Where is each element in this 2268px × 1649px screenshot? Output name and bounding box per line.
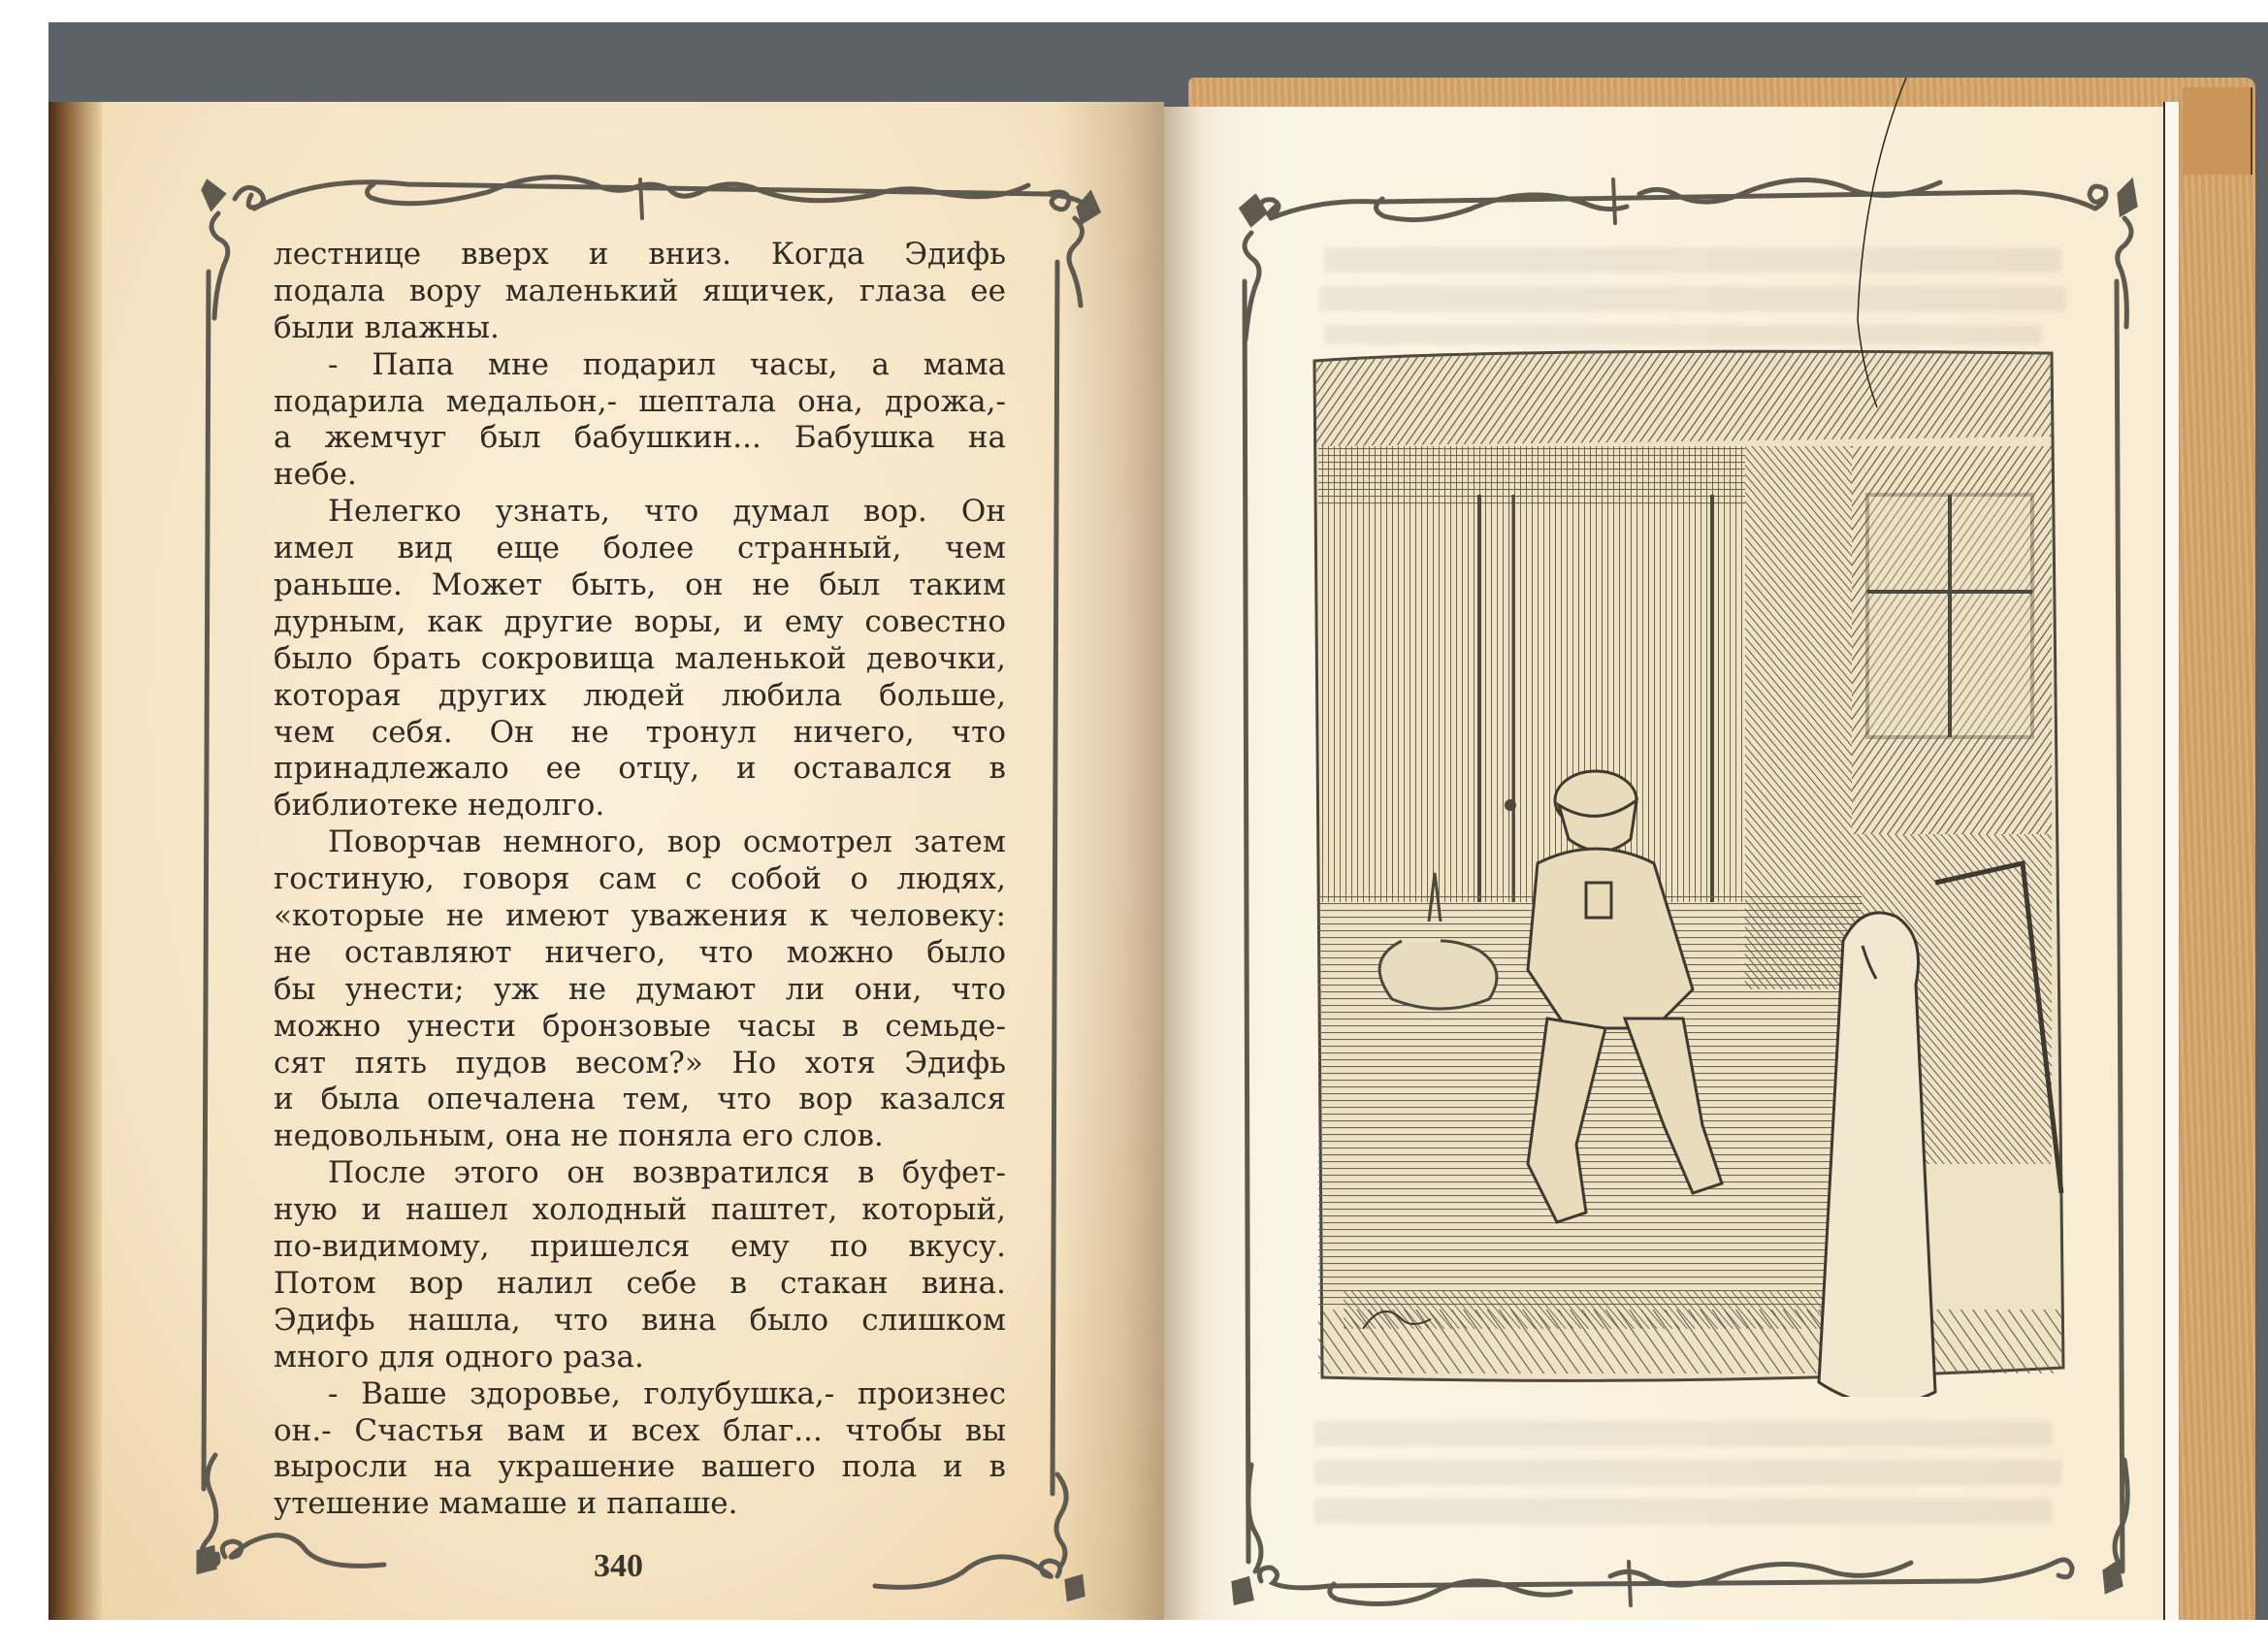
bleed-through-text [1314,1460,2061,1485]
text-line: Потом вор налил себе в стакан вина. [274,1266,1006,1303]
text-line: «которые не имеют уважения к человеку: [274,898,1006,935]
text-line: имел вид еще более странный, чем [274,531,1006,567]
bleed-through-text [1314,1499,2052,1524]
left-page-text: лестнице вверх и вниз. Когда Эдифь подал… [274,237,1006,1523]
page-number: 340 [594,1548,643,1585]
text-line: После этого он возвратился в буфет- [274,1155,1006,1192]
text-line: Эдифь нашла, что вина было слишком [274,1303,1006,1340]
text-line: не оставляют ничего, что можно было [274,935,1006,972]
text-line: подарила медальон,- шептала она, дрожа,- [274,384,1006,421]
bleed-through-text [1319,286,2066,311]
text-line: были влажны. [274,310,1006,347]
text-line: гостиную, говоря сам с собой о людях, [274,861,1006,898]
text-line: раньше. Может быть, он не был таким [274,567,1006,604]
text-line: по-видимому, пришелся ему по вкусу. [274,1229,1006,1266]
text-line: и была опечалена тем, что вор казался [274,1082,1006,1118]
book-cover-corner [2183,87,2252,175]
text-line: можно унести бронзовые часы в семьде- [274,1009,1006,1046]
text-line: подала вору маленький ящичек, глаза ее [274,274,1006,310]
text-line: много для одного раза. [274,1340,1006,1376]
text-line: чем себя. Он не тронул ничего, что [274,715,1006,752]
bleed-through-text [1324,247,2061,273]
text-line: дурным, как другие воры, и ему совестно [274,604,1006,641]
text-line: а жемчуг был бабушкин... Бабушка на [274,420,1006,457]
text-line: Поворчав немного, вор осмотрел затем [274,824,1006,861]
text-line: Нелегко узнать, что думал вор. Он [274,494,1006,531]
text-line: - Папа мне подарил часы, а мама [274,347,1006,384]
page-stack-edge [2163,102,2180,1620]
text-line: библиотеке недолго. [274,788,1006,824]
text-line: он.- Счастья вам и всех благ... чтобы вы [274,1413,1006,1450]
engraving-illustration [1305,339,2071,1397]
text-line: бы унести; уж не думают ли они, что [274,972,1006,1009]
text-line: которая других людей любила больше, [274,678,1006,715]
bleed-through-text [1314,1421,2052,1446]
text-line: принадлежало ее отцу, и оставался в [274,751,1006,788]
text-line: выросли на украшение вашего пола и в [274,1449,1006,1486]
text-line: утешение мамаше и папаше. [274,1486,1006,1523]
text-line: сят пять пудов весом?» Но хотя Эдифь [274,1046,1006,1083]
text-line: недовольным, она не поняла его слов. [274,1118,1006,1155]
text-line: небе. [274,457,1006,494]
text-line: ную и нашел холодный паштет, который, [274,1192,1006,1229]
text-line: - Ваше здоровье, голубушка,- произнес [274,1376,1006,1413]
text-line: было брать сокровища маленькой девочки, [274,641,1006,678]
illustration-thief-and-girl-icon [1305,339,2071,1397]
text-line: лестнице вверх и вниз. Когда Эдифь [274,237,1006,274]
